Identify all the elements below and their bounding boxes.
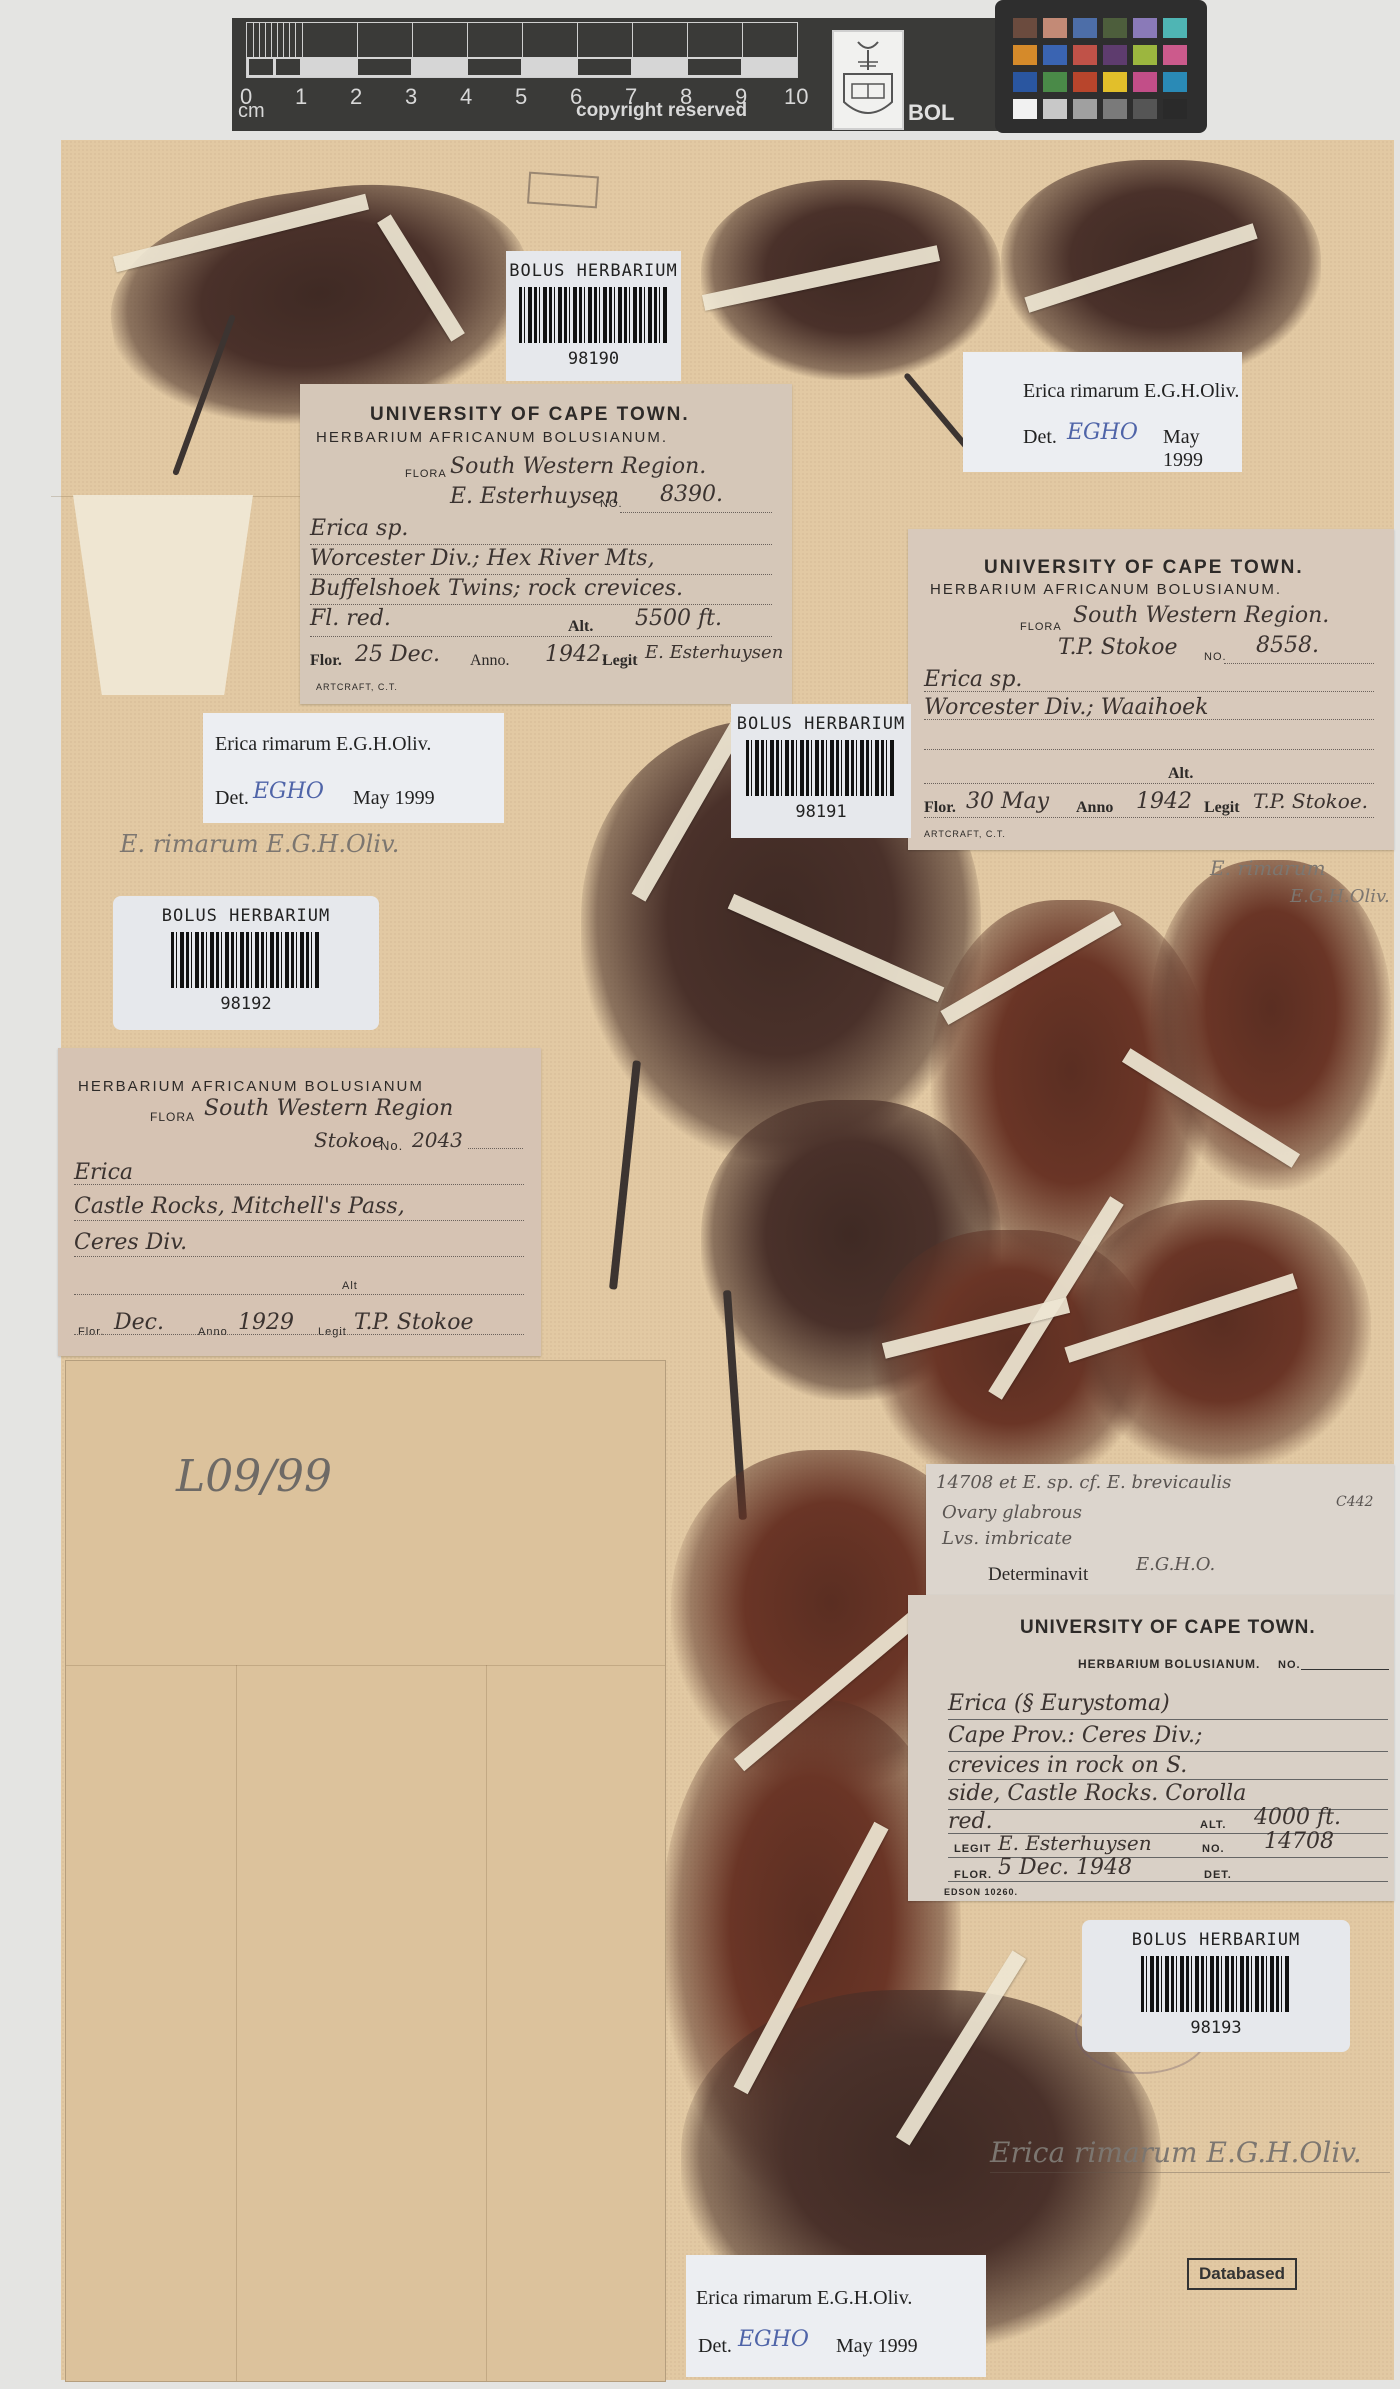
- alt-label: Alt.: [568, 618, 593, 636]
- color-patch: [1163, 18, 1187, 38]
- anno-label: Anno: [198, 1326, 228, 1338]
- collector-name: T.P. Stokoe: [1058, 635, 1178, 660]
- faded-stamp: [527, 172, 599, 209]
- color-patch: [1073, 72, 1097, 92]
- color-patch: [1013, 45, 1037, 65]
- determiner-signature: EGHO: [1067, 420, 1138, 445]
- anno-value: 1942: [1136, 789, 1192, 814]
- barcode-label: BOLUS HERBARIUM 98192: [113, 896, 379, 1030]
- determinavit-slip: 14708 et E. sp. cf. E. brevicaulis C442 …: [926, 1464, 1394, 1595]
- label-line: Buffelshoek Twins; rock crevices.: [310, 576, 683, 601]
- flora-value: South Western Region: [204, 1096, 453, 1121]
- color-patch: [1163, 99, 1187, 119]
- seed-packet-flap: [73, 495, 253, 695]
- ruler: [246, 22, 798, 78]
- flor-value: 25 Dec.: [355, 642, 440, 667]
- flora-label: FLORA: [150, 1110, 195, 1124]
- color-patch: [1073, 45, 1097, 65]
- collection-number: 8558.: [1256, 633, 1319, 658]
- color-patch: [1013, 99, 1037, 119]
- barcode-label: BOLUS HERBARIUM 98190: [506, 251, 681, 381]
- color-patch: [1133, 72, 1157, 92]
- collector-name: E. Esterhuysen: [450, 484, 619, 509]
- packet-fold: [236, 1665, 237, 2381]
- det-date: May 1999: [353, 787, 435, 810]
- fragment-packet[interactable]: L09/99: [65, 1360, 666, 2382]
- color-patch: [1043, 99, 1067, 119]
- tick-label: 5: [515, 84, 527, 110]
- barcode-number: 98191: [731, 802, 911, 822]
- printer-mark: ARTCRAFT, C.T.: [316, 682, 398, 692]
- color-patch: [1073, 99, 1097, 119]
- collection-number: 2043: [412, 1128, 463, 1152]
- color-patch: [1103, 72, 1127, 92]
- collection-label: UNIVERSITY OF CAPE TOWN. HERBARIUM AFRIC…: [300, 384, 792, 704]
- barcode-number: 98190: [506, 349, 681, 369]
- no-label: NO.: [1278, 1659, 1301, 1671]
- label-line: Fl. red.: [310, 606, 391, 631]
- color-patch: [1073, 18, 1097, 38]
- color-patch: [1103, 99, 1127, 119]
- flora-label: FLORA: [1020, 621, 1062, 633]
- label-subtitle: HERBARIUM AFRICANUM BOLUSIANUM: [78, 1078, 424, 1095]
- label-line: side, Castle Rocks. Corolla: [948, 1781, 1246, 1806]
- taxon-name: Erica rimarum E.G.H.Oliv.: [1023, 380, 1239, 403]
- det-date: May 1999: [836, 2335, 918, 2358]
- collector-name: Stokoe: [314, 1128, 384, 1152]
- color-patch: [1133, 99, 1157, 119]
- det-label: Det.: [1023, 426, 1057, 449]
- label-title: UNIVERSITY OF CAPE TOWN.: [984, 557, 1304, 579]
- legit-value: E. Esterhuysen: [645, 642, 783, 663]
- label-subtitle: HERBARIUM AFRICANUM BOLUSIANUM.: [316, 429, 668, 446]
- collection-number: 8390.: [660, 482, 723, 507]
- label-line: red.: [948, 1809, 993, 1834]
- slip-line: Lvs. imbricate: [942, 1528, 1072, 1549]
- tick-label: 1: [295, 84, 307, 110]
- barcode-header: BOLUS HERBARIUM: [731, 714, 911, 734]
- collection-number: 14708: [1264, 1829, 1334, 1854]
- label-line: Ceres Div.: [74, 1230, 187, 1255]
- tick-label: 10: [784, 84, 808, 110]
- flor-label: FLOR.: [954, 1869, 992, 1881]
- anno-label: Anno: [1076, 799, 1113, 817]
- label-line: Erica sp.: [924, 667, 1022, 692]
- flor-label: Flor.: [310, 652, 342, 670]
- color-patch: [1013, 18, 1037, 38]
- taxon-name: Erica rimarum E.G.H.Oliv.: [696, 2287, 912, 2310]
- determination-label: Erica rimarum E.G.H.Oliv. Det. EGHO May …: [963, 352, 1242, 472]
- packet-fold: [486, 1665, 487, 2381]
- color-patch: [1133, 18, 1157, 38]
- label-title: UNIVERSITY OF CAPE TOWN.: [1020, 1617, 1316, 1639]
- no-label: NO.: [1202, 1843, 1225, 1855]
- collection-label: UNIVERSITY OF CAPE TOWN. HERBARIUM AFRIC…: [908, 529, 1394, 850]
- collection-label: UNIVERSITY OF CAPE TOWN. HERBARIUM BOLUS…: [908, 1595, 1394, 1901]
- barcode-icon: [746, 740, 896, 796]
- barcode-number: 98192: [113, 994, 379, 1014]
- no-label: NO.: [1204, 651, 1227, 663]
- determiner-signature: EGHO: [253, 779, 324, 804]
- barcode-header: BOLUS HERBARIUM: [1082, 1930, 1350, 1950]
- flora-label: FLORA: [405, 468, 447, 480]
- flor-value: Dec.: [114, 1310, 164, 1335]
- flora-value: South Western Region.: [450, 454, 706, 479]
- anno-value: 1942.: [545, 642, 608, 667]
- det-label: DET.: [1204, 1869, 1232, 1881]
- tick-label: 2: [350, 84, 362, 110]
- pencil-note: Erica rimarum E.G.H.Oliv.: [990, 2136, 1362, 2169]
- barcode-label: BOLUS HERBARIUM 98193: [1082, 1920, 1350, 2052]
- legit-value: T.P. Stokoe: [354, 1310, 474, 1335]
- pencil-note: E. rimarum E.G.H.Oliv.: [120, 830, 399, 858]
- color-patch: [1043, 45, 1067, 65]
- alt-label: Alt.: [1168, 765, 1193, 783]
- legit-label: Legit: [318, 1326, 347, 1338]
- tick-label: 3: [405, 84, 417, 110]
- databased-stamp: Databased: [1187, 2258, 1297, 2290]
- color-checker: [995, 0, 1207, 133]
- flor-value: 30 May: [966, 789, 1049, 814]
- legit-label: LEGIT: [954, 1843, 991, 1855]
- label-line: Castle Rocks, Mitchell's Pass,: [74, 1194, 405, 1219]
- determiner-signature: E.G.H.O.: [1136, 1554, 1215, 1575]
- determinavit-text: Determinavit: [988, 1564, 1088, 1586]
- label-line: Erica (§ Eurystoma): [948, 1691, 1170, 1716]
- alt-value: 5500 ft.: [635, 606, 722, 631]
- slip-line: Ovary glabrous: [942, 1502, 1082, 1523]
- slip-margin-note: C442: [1336, 1494, 1373, 1510]
- specimen-fragment: [1001, 160, 1321, 380]
- barcode-label: BOLUS HERBARIUM 98191: [731, 704, 911, 838]
- no-label: No.: [380, 1138, 403, 1153]
- unit-label: cm: [238, 100, 265, 123]
- determination-label: Erica rimarum E.G.H.Oliv. Det. EGHO May …: [686, 2255, 986, 2377]
- anno-value: 1929: [238, 1310, 294, 1335]
- alt-label: Alt: [342, 1280, 358, 1292]
- color-patch: [1103, 18, 1127, 38]
- label-subtitle: HERBARIUM BOLUSIANUM.: [1078, 1657, 1260, 1671]
- slip-line: 14708 et E. sp. cf. E. brevicaulis: [936, 1472, 1231, 1493]
- barcode-icon: [171, 932, 321, 988]
- color-patch: [1043, 72, 1067, 92]
- printer-mark: ARTCRAFT, C.T.: [924, 829, 1006, 839]
- scale-bar: 0 1 2 3 4 5 6 7 8 9 10 cm copyright rese…: [232, 18, 1008, 131]
- color-patch: [1043, 18, 1067, 38]
- det-label: Det.: [215, 787, 249, 810]
- legit-label: Legit: [1204, 799, 1240, 817]
- alt-label: ALT.: [1200, 1819, 1226, 1831]
- copyright-text: copyright reserved: [576, 100, 747, 122]
- flor-value: 5 Dec. 1948: [998, 1855, 1132, 1880]
- pencil-note: E. rimarum: [1210, 856, 1326, 880]
- determiner-signature: EGHO: [738, 2327, 809, 2352]
- taxon-name: Erica rimarum E.G.H.Oliv.: [215, 733, 431, 756]
- color-patch: [1163, 72, 1187, 92]
- label-line: Erica sp.: [310, 516, 408, 541]
- legit-label: Legit: [602, 652, 638, 670]
- flor-label: Flor.: [924, 799, 956, 817]
- label-line: Erica: [74, 1160, 133, 1185]
- label-subtitle: HERBARIUM AFRICANUM BOLUSIANUM.: [930, 581, 1282, 598]
- packet-fold: [66, 1665, 665, 1666]
- flora-value: South Western Region.: [1073, 603, 1329, 628]
- anno-label: Anno.: [470, 652, 510, 670]
- det-label: Det.: [698, 2335, 732, 2358]
- barcode-header: BOLUS HERBARIUM: [506, 261, 681, 281]
- flor-label: Flor.: [78, 1326, 104, 1338]
- institution-code: BOL: [908, 100, 954, 126]
- label-title: UNIVERSITY OF CAPE TOWN.: [370, 404, 690, 426]
- collection-label: HERBARIUM AFRICANUM BOLUSIANUM FLORA Sou…: [58, 1048, 541, 1356]
- color-patch: [1013, 72, 1037, 92]
- alt-value: 4000 ft.: [1254, 1805, 1341, 1830]
- barcode-number: 98193: [1082, 2018, 1350, 2038]
- university-crest-icon: [832, 30, 904, 130]
- barcode-icon: [1141, 1956, 1291, 2012]
- tick-label: 4: [460, 84, 472, 110]
- pencil-note: E.G.H.Oliv.: [1290, 886, 1390, 907]
- legit-value: T.P. Stokoe.: [1253, 789, 1368, 813]
- label-line: Worcester Div.; Waaihoek: [924, 695, 1209, 720]
- barcode-header: BOLUS HERBARIUM: [113, 906, 379, 926]
- label-line: Worcester Div.; Hex River Mts,: [310, 546, 655, 571]
- color-patch: [1133, 45, 1157, 65]
- legit-value: E. Esterhuysen: [998, 1831, 1152, 1855]
- barcode-icon: [519, 287, 669, 343]
- label-line: Cape Prov.: Ceres Div.;: [948, 1723, 1202, 1748]
- pencil-underline: [990, 2172, 1390, 2173]
- specimen-fragment: [701, 180, 1001, 380]
- label-line: crevices in rock on S.: [948, 1753, 1187, 1778]
- printer-mark: EDSON 10260.: [944, 1887, 1018, 1897]
- no-label: NO.: [600, 498, 623, 510]
- color-patch: [1163, 45, 1187, 65]
- determination-label: Erica rimarum E.G.H.Oliv. Det. EGHO May …: [203, 713, 504, 823]
- det-date: May 1999: [1163, 426, 1242, 472]
- pencil-note: L09/99: [176, 1451, 332, 1502]
- color-patch: [1103, 45, 1127, 65]
- specimen-stem: [609, 1060, 641, 1290]
